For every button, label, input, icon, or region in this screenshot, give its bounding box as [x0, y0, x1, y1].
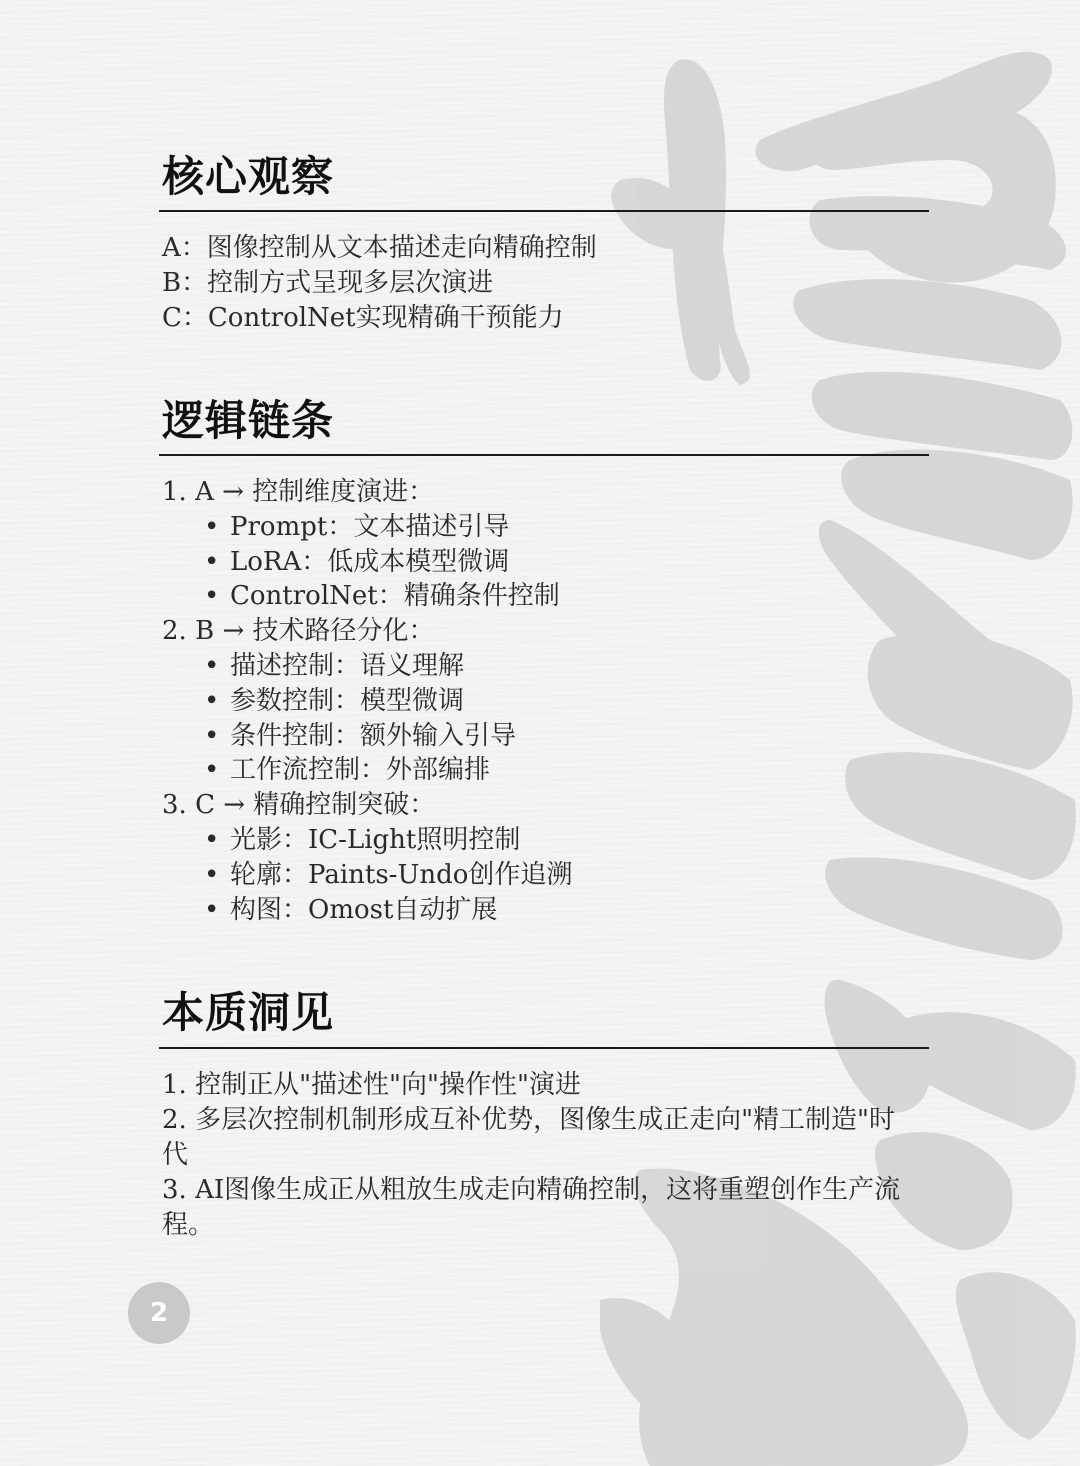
insight-3: 3. AI图像生成正从粗放生成走向精确控制，这将重塑创作生产流程。 — [162, 1173, 917, 1243]
chain-item-1: 1. A → 控制维度演进： — [162, 475, 922, 510]
bullet-icon: • — [204, 823, 230, 858]
bullet-icon: • — [204, 753, 230, 788]
section-divider — [159, 454, 929, 456]
chain-subitem: •轮廓：Paints-Undo创作追溯 — [162, 858, 922, 893]
bullet-icon: • — [204, 858, 230, 893]
section-divider — [159, 1047, 929, 1049]
bullet-icon: • — [204, 545, 230, 580]
page-number-badge: 2 — [128, 1282, 190, 1344]
chain-subitem: •参数控制：模型微调 — [162, 684, 922, 719]
chain-subitem: •描述控制：语义理解 — [162, 649, 922, 684]
bullet-icon: • — [204, 649, 230, 684]
chain-subitem: •条件控制：额外输入引导 — [162, 719, 922, 754]
bullet-icon: • — [204, 579, 230, 614]
chain-item-2: 2. B → 技术路径分化： — [162, 614, 922, 649]
chain-subitem: •ControlNet：精确条件控制 — [162, 579, 922, 614]
insight-1: 1. 控制正从"描述性"向"操作性"演进 — [162, 1068, 917, 1103]
observation-a: A：图像控制从文本描述走向精确控制 — [162, 231, 922, 266]
section-title: 核心观察 — [162, 156, 334, 198]
chain-subitem: •光影：IC-Light照明控制 — [162, 823, 922, 858]
chain-subitem: •工作流控制：外部编排 — [162, 753, 922, 788]
chain-subitem: •LoRA：低成本模型微调 — [162, 545, 922, 580]
chain-subitem: •构图：Omost自动扩展 — [162, 893, 922, 928]
bullet-icon: • — [204, 719, 230, 754]
section-divider — [159, 210, 929, 212]
observation-b: B：控制方式呈现多层次演进 — [162, 266, 922, 301]
bullet-icon: • — [204, 510, 230, 545]
section-title: 逻辑链条 — [162, 400, 334, 442]
chain-subitem: •Prompt：文本描述引导 — [162, 510, 922, 545]
bullet-icon: • — [204, 684, 230, 719]
insight-2: 2. 多层次控制机制形成互补优势，图像生成正走向"精工制造"时代 — [162, 1103, 917, 1173]
section-title: 本质洞见 — [162, 992, 334, 1034]
bullet-icon: • — [204, 893, 230, 928]
chain-item-3: 3. C → 精确控制突破： — [162, 788, 922, 823]
observation-c: C：ControlNet实现精确干预能力 — [162, 301, 922, 336]
